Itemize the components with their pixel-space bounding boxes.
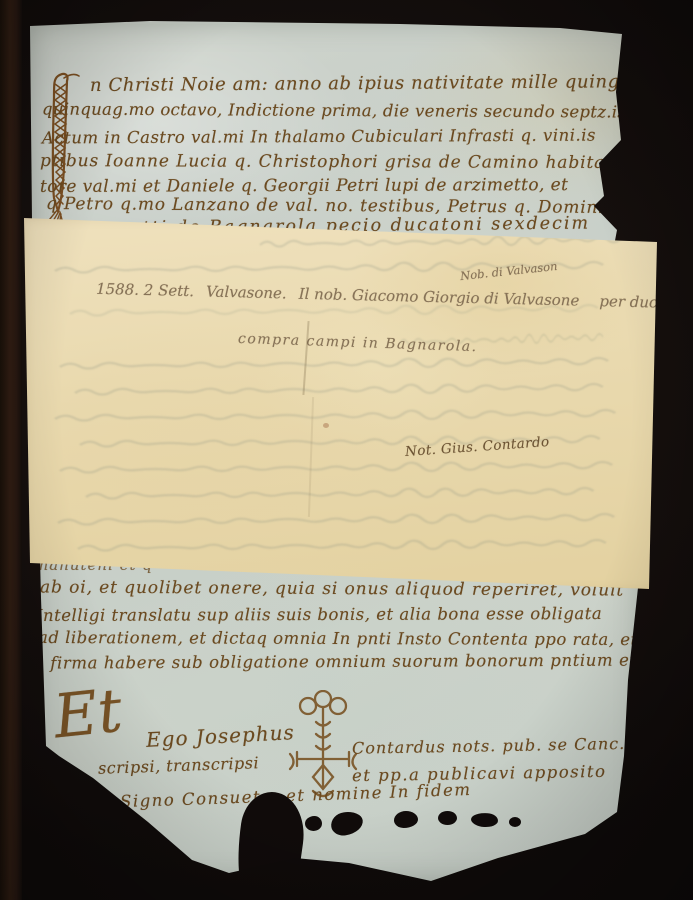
slip-place: Valvasone. <box>206 284 287 301</box>
manuscript-line: ptibus Ioanne Lucia q. Christophori gris… <box>40 153 620 172</box>
parchment-hole <box>509 817 521 827</box>
attestation-line: scripsi, transcripsi <box>98 755 260 777</box>
manuscript-line: Intelligi translatu sup aliis suis bonis… <box>36 606 602 624</box>
attestation-line: Ego Josephus <box>146 722 296 750</box>
slip-date: 1588. 2 Sett. <box>96 282 194 299</box>
parchment-hole <box>305 816 322 831</box>
pen-flourish-icon <box>606 758 642 838</box>
parchment-hole <box>330 810 365 837</box>
manuscript-line: tore val.mi et Daniele q. Georgii Petri … <box>40 177 568 196</box>
attestation-line: et pp.a publicavi apposito <box>352 764 607 785</box>
parchment-hole <box>438 811 457 825</box>
attestation-line: Contardus nots. pub. se Canc. val. <box>352 735 664 756</box>
parchment-hole <box>394 811 418 828</box>
show-through-writing <box>20 215 670 595</box>
manuscript-line: Actum in Castro val.mi In thalamo Cubicu… <box>42 128 596 147</box>
manuscript-line: n Christi Noie am: anno ab ipius nativit… <box>90 73 655 95</box>
paper-stain <box>323 423 329 428</box>
manuscript-line: quinquag.mo octavo, Indictione prima, di… <box>42 101 626 121</box>
binding-spine <box>0 0 22 900</box>
manuscript-line: + firma habere sub obligatione omnium su… <box>30 652 677 672</box>
parchment-hole <box>471 812 499 828</box>
manuscript-photo: n Christi Noie am: anno ab ipius nativit… <box>0 0 693 900</box>
archival-note-slip: Nob. di Valvason 1588. 2 Sett. Valvasone… <box>20 215 670 595</box>
manuscript-line: ad liberationem, et dictaq omnia In pnti… <box>38 630 638 649</box>
slip-amount: per duc. 16 <box>599 294 686 311</box>
attestation-initial: Et <box>51 681 125 748</box>
